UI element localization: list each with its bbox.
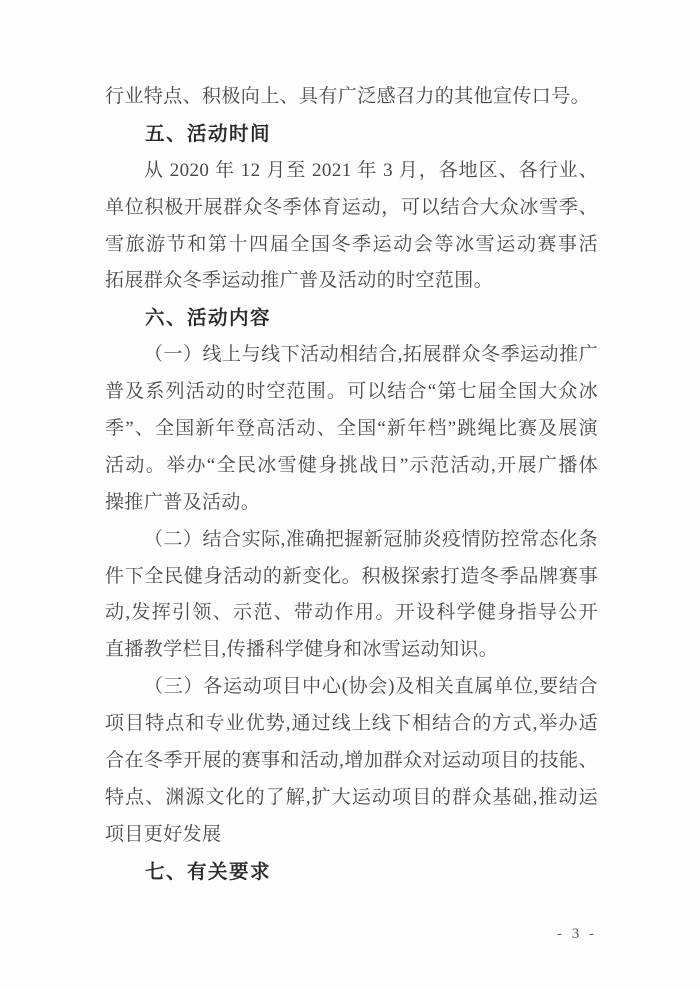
body-line: 雪旅游节和第十四届全国冬季运动会等冰雪运动赛事活动，	[105, 227, 598, 264]
document-body: 行业特点、积极向上、具有广泛感召力的其他宣传口号。 五、活动时间 从 2020 …	[105, 79, 598, 891]
body-line: 行业特点、积极向上、具有广泛感召力的其他宣传口号。	[105, 79, 598, 116]
document-page: 行业特点、积极向上、具有广泛感召力的其他宣传口号。 五、活动时间 从 2020 …	[0, 0, 700, 990]
section-heading-6: 六、活动内容	[105, 300, 598, 337]
body-line: 活动。举办“全民冰雪健身挑战日”示范活动,开展广播体	[105, 448, 598, 485]
section-heading-5: 五、活动时间	[105, 116, 598, 153]
body-line: 普及系列活动的时空范围。可以结合“第七届全国大众冰雪	[105, 374, 598, 411]
body-line: （二）结合实际,准确把握新冠肺炎疫情防控常态化条	[105, 522, 598, 559]
page-number: - 3 -	[557, 926, 597, 943]
body-line: 项目更好发展	[105, 817, 598, 854]
body-line: （一）线上与线下活动相结合,拓展群众冬季运动推广	[105, 337, 598, 374]
body-line: 拓展群众冬季运动推广普及活动的时空范围。	[105, 263, 598, 300]
body-line: （三）各运动项目中心(协会)及相关直属单位,要结合	[105, 669, 598, 706]
body-line: 操推广普及活动。	[105, 485, 598, 522]
section-heading-7: 七、有关要求	[105, 854, 598, 891]
body-line: 特点、渊源文化的了解,扩大运动项目的群众基础,推动运动	[105, 780, 598, 817]
body-line: 单位积极开展群众冬季体育运动，可以结合大众冰雪季、冰	[105, 190, 598, 227]
body-line: 从 2020 年 12 月至 2021 年 3 月，各地区、各行业、各	[105, 153, 598, 190]
body-line: 直播教学栏目,传播科学健身和冰雪运动知识。	[105, 632, 598, 669]
body-line: 件下全民健身活动的新变化。积极探索打造冬季品牌赛事活	[105, 559, 598, 596]
body-line: 动,发挥引领、示范、带动作用。开设科学健身指导公开课、	[105, 595, 598, 632]
body-line: 季”、全国新年登高活动、全国“新年档”跳绳比赛及展演	[105, 411, 598, 448]
body-line: 项目特点和专业优势,通过线上线下相结合的方式,举办适	[105, 706, 598, 743]
body-line: 合在冬季开展的赛事和活动,增加群众对运动项目的技能、	[105, 743, 598, 780]
